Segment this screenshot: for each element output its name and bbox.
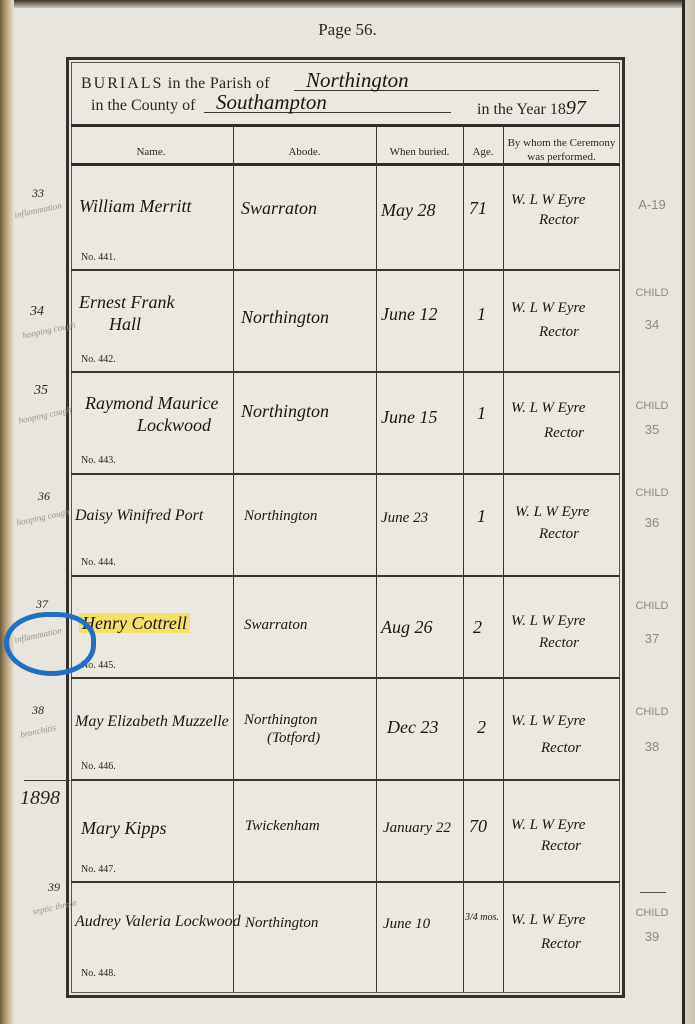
entry-when-buried: June 15 xyxy=(381,407,437,428)
entry-number: No. 447. xyxy=(81,864,116,875)
margin-number: 33 xyxy=(32,186,44,201)
divider-when-age xyxy=(463,126,464,992)
margin-number: 37 xyxy=(36,597,48,612)
row-rule xyxy=(71,575,620,577)
right-margin-note: CHILD xyxy=(632,904,672,922)
entry-when-buried: May 28 xyxy=(381,200,435,221)
right-margin-note: CHILD xyxy=(632,597,672,615)
entry-officiant-title: Rector xyxy=(539,526,579,543)
right-margin-note-number: 36 xyxy=(632,514,672,532)
entry-age: 2 xyxy=(473,617,482,638)
entry-name-highlighted: Henry Cottrell xyxy=(79,613,190,634)
right-margin-note: A-19 xyxy=(632,196,672,214)
entry-officiant-title: Rector xyxy=(539,635,579,652)
right-margin-note: CHILD xyxy=(632,484,672,502)
margin-number: 39 xyxy=(48,880,60,895)
year-field: in the Year 1897 xyxy=(477,97,586,120)
entry-officiant-title: Rector xyxy=(541,838,581,855)
right-margin-note: CHILD xyxy=(632,284,672,302)
entry-officiant: W. L W Eyre xyxy=(511,400,585,417)
entry-name: Audrey Valeria Lockwood xyxy=(75,913,241,931)
blue-circle-annotation xyxy=(4,612,96,676)
row-rule xyxy=(71,371,620,373)
entry-age: 1 xyxy=(477,506,486,527)
entry-age: 3/4 mos. xyxy=(465,912,499,923)
row-rule xyxy=(71,779,620,781)
column-header-name: Name. xyxy=(69,145,233,159)
entry-name: May Elizabeth Muzzelle xyxy=(75,713,229,731)
entry-abode: Northington xyxy=(244,712,317,729)
row-rule xyxy=(71,269,620,271)
year-label: in the Year 18 xyxy=(477,101,566,118)
row-rule xyxy=(71,677,620,679)
entry-officiant-title: Rector xyxy=(544,425,584,442)
margin-number: 35 xyxy=(34,383,48,399)
header-bottom-rule xyxy=(71,163,620,166)
book-gutter xyxy=(0,0,14,1024)
entry-name-line2: Lockwood xyxy=(137,415,211,436)
entry-officiant: W. L W Eyre xyxy=(511,300,585,317)
entry-number: No. 443. xyxy=(81,455,116,466)
entry-officiant: W. L W Eyre xyxy=(515,504,589,521)
right-margin-note-number: 35 xyxy=(632,421,672,439)
column-header-age: Age. xyxy=(463,145,503,159)
margin-cause-note: hooping cough xyxy=(16,507,71,528)
entry-abode: Northington xyxy=(241,401,329,422)
entry-number: No. 444. xyxy=(81,557,116,568)
entry-abode: Northington xyxy=(245,915,318,932)
divider-name-abode xyxy=(233,126,234,992)
right-margin-note-number: 34 xyxy=(632,316,672,334)
entry-when-buried: June 10 xyxy=(383,916,430,933)
right-margin-note-number: 38 xyxy=(632,738,672,756)
entry-age: 71 xyxy=(469,198,487,219)
divider-age-officiant xyxy=(503,126,504,992)
entry-officiant: W. L W Eyre xyxy=(511,912,585,929)
right-margin-note: CHILD xyxy=(632,397,672,415)
right-margin-note: CHILD xyxy=(632,703,672,721)
entry-name-line2: Hall xyxy=(109,314,141,335)
entry-when-buried: January 22 xyxy=(383,820,451,837)
entry-officiant: W. L W Eyre xyxy=(511,613,585,630)
highlighted-name: Henry Cottrell xyxy=(79,613,190,633)
entry-when-buried: Dec 23 xyxy=(387,717,438,738)
column-header-officiant: By whom the Ceremony was performed. xyxy=(503,136,620,164)
entry-abode: Northington xyxy=(241,307,329,328)
entry-number: No. 446. xyxy=(81,761,116,772)
entry-abode: Swarraton xyxy=(241,198,317,219)
entry-when-buried: June 12 xyxy=(381,304,437,325)
county-value: Southampton xyxy=(204,90,451,113)
entry-officiant: W. L W Eyre xyxy=(511,817,585,834)
entry-officiant-title: Rector xyxy=(539,324,579,341)
margin-number: 36 xyxy=(38,489,50,504)
entry-officiant-title: Rector xyxy=(539,212,579,229)
entry-age: 70 xyxy=(469,816,487,837)
next-page-edge xyxy=(685,0,695,1024)
entry-name: Ernest Frank xyxy=(79,292,174,313)
margin-number: 34 xyxy=(30,304,44,320)
parish-value: Northington xyxy=(294,68,599,91)
margin-cause-note: hooping cough xyxy=(18,405,73,426)
right-margin-note-number: 37 xyxy=(632,630,672,648)
entry-officiant: W. L W Eyre xyxy=(511,192,585,209)
page-number: Page 56. xyxy=(0,20,695,40)
margin-year: 1898 xyxy=(20,787,60,810)
entry-number: No. 441. xyxy=(81,252,116,263)
entry-abode: Swarraton xyxy=(244,617,307,634)
row-rule xyxy=(71,473,620,475)
book-top-edge xyxy=(0,0,695,8)
entry-number: No. 442. xyxy=(81,354,116,365)
entry-abode: Twickenham xyxy=(245,818,320,835)
column-header-when-buried: When buried. xyxy=(376,145,463,159)
right-margin-rule xyxy=(640,892,666,893)
entry-abode: Northington xyxy=(244,508,317,525)
entry-number: No. 448. xyxy=(81,968,116,979)
entry-name: Raymond Maurice xyxy=(85,393,218,414)
entry-age: 2 xyxy=(477,717,486,738)
entry-name: William Merritt xyxy=(79,196,192,217)
margin-cause-note: bronchitis xyxy=(19,722,56,739)
heading-prefix: BURIALS xyxy=(81,75,163,92)
burial-register-table: BURIALS in the Parish of Northington in … xyxy=(66,57,625,998)
right-margin-note-number: 39 xyxy=(632,928,672,946)
entry-name: Daisy Winifred Port xyxy=(75,507,203,525)
row-rule xyxy=(71,881,620,883)
county-label: in the County of xyxy=(91,97,195,114)
entry-officiant: W. L W Eyre xyxy=(511,713,585,730)
entry-officiant-title: Rector xyxy=(541,936,581,953)
entry-age: 1 xyxy=(477,403,486,424)
year-value: 97 xyxy=(566,97,586,119)
entry-when-buried: June 23 xyxy=(381,510,428,527)
entry-name: Mary Kipps xyxy=(81,818,167,839)
entry-officiant-title: Rector xyxy=(541,740,581,757)
entry-when-buried: Aug 26 xyxy=(381,617,433,638)
header-top-rule xyxy=(71,124,620,127)
margin-number: 38 xyxy=(32,703,44,718)
year-divider-rule xyxy=(24,780,70,781)
margin-cause-note: inflammation xyxy=(13,200,62,220)
entry-age: 1 xyxy=(477,304,486,325)
entry-abode-line2: (Totford) xyxy=(267,730,320,747)
divider-abode-when xyxy=(376,126,377,992)
column-header-abode: Abode. xyxy=(233,145,376,159)
